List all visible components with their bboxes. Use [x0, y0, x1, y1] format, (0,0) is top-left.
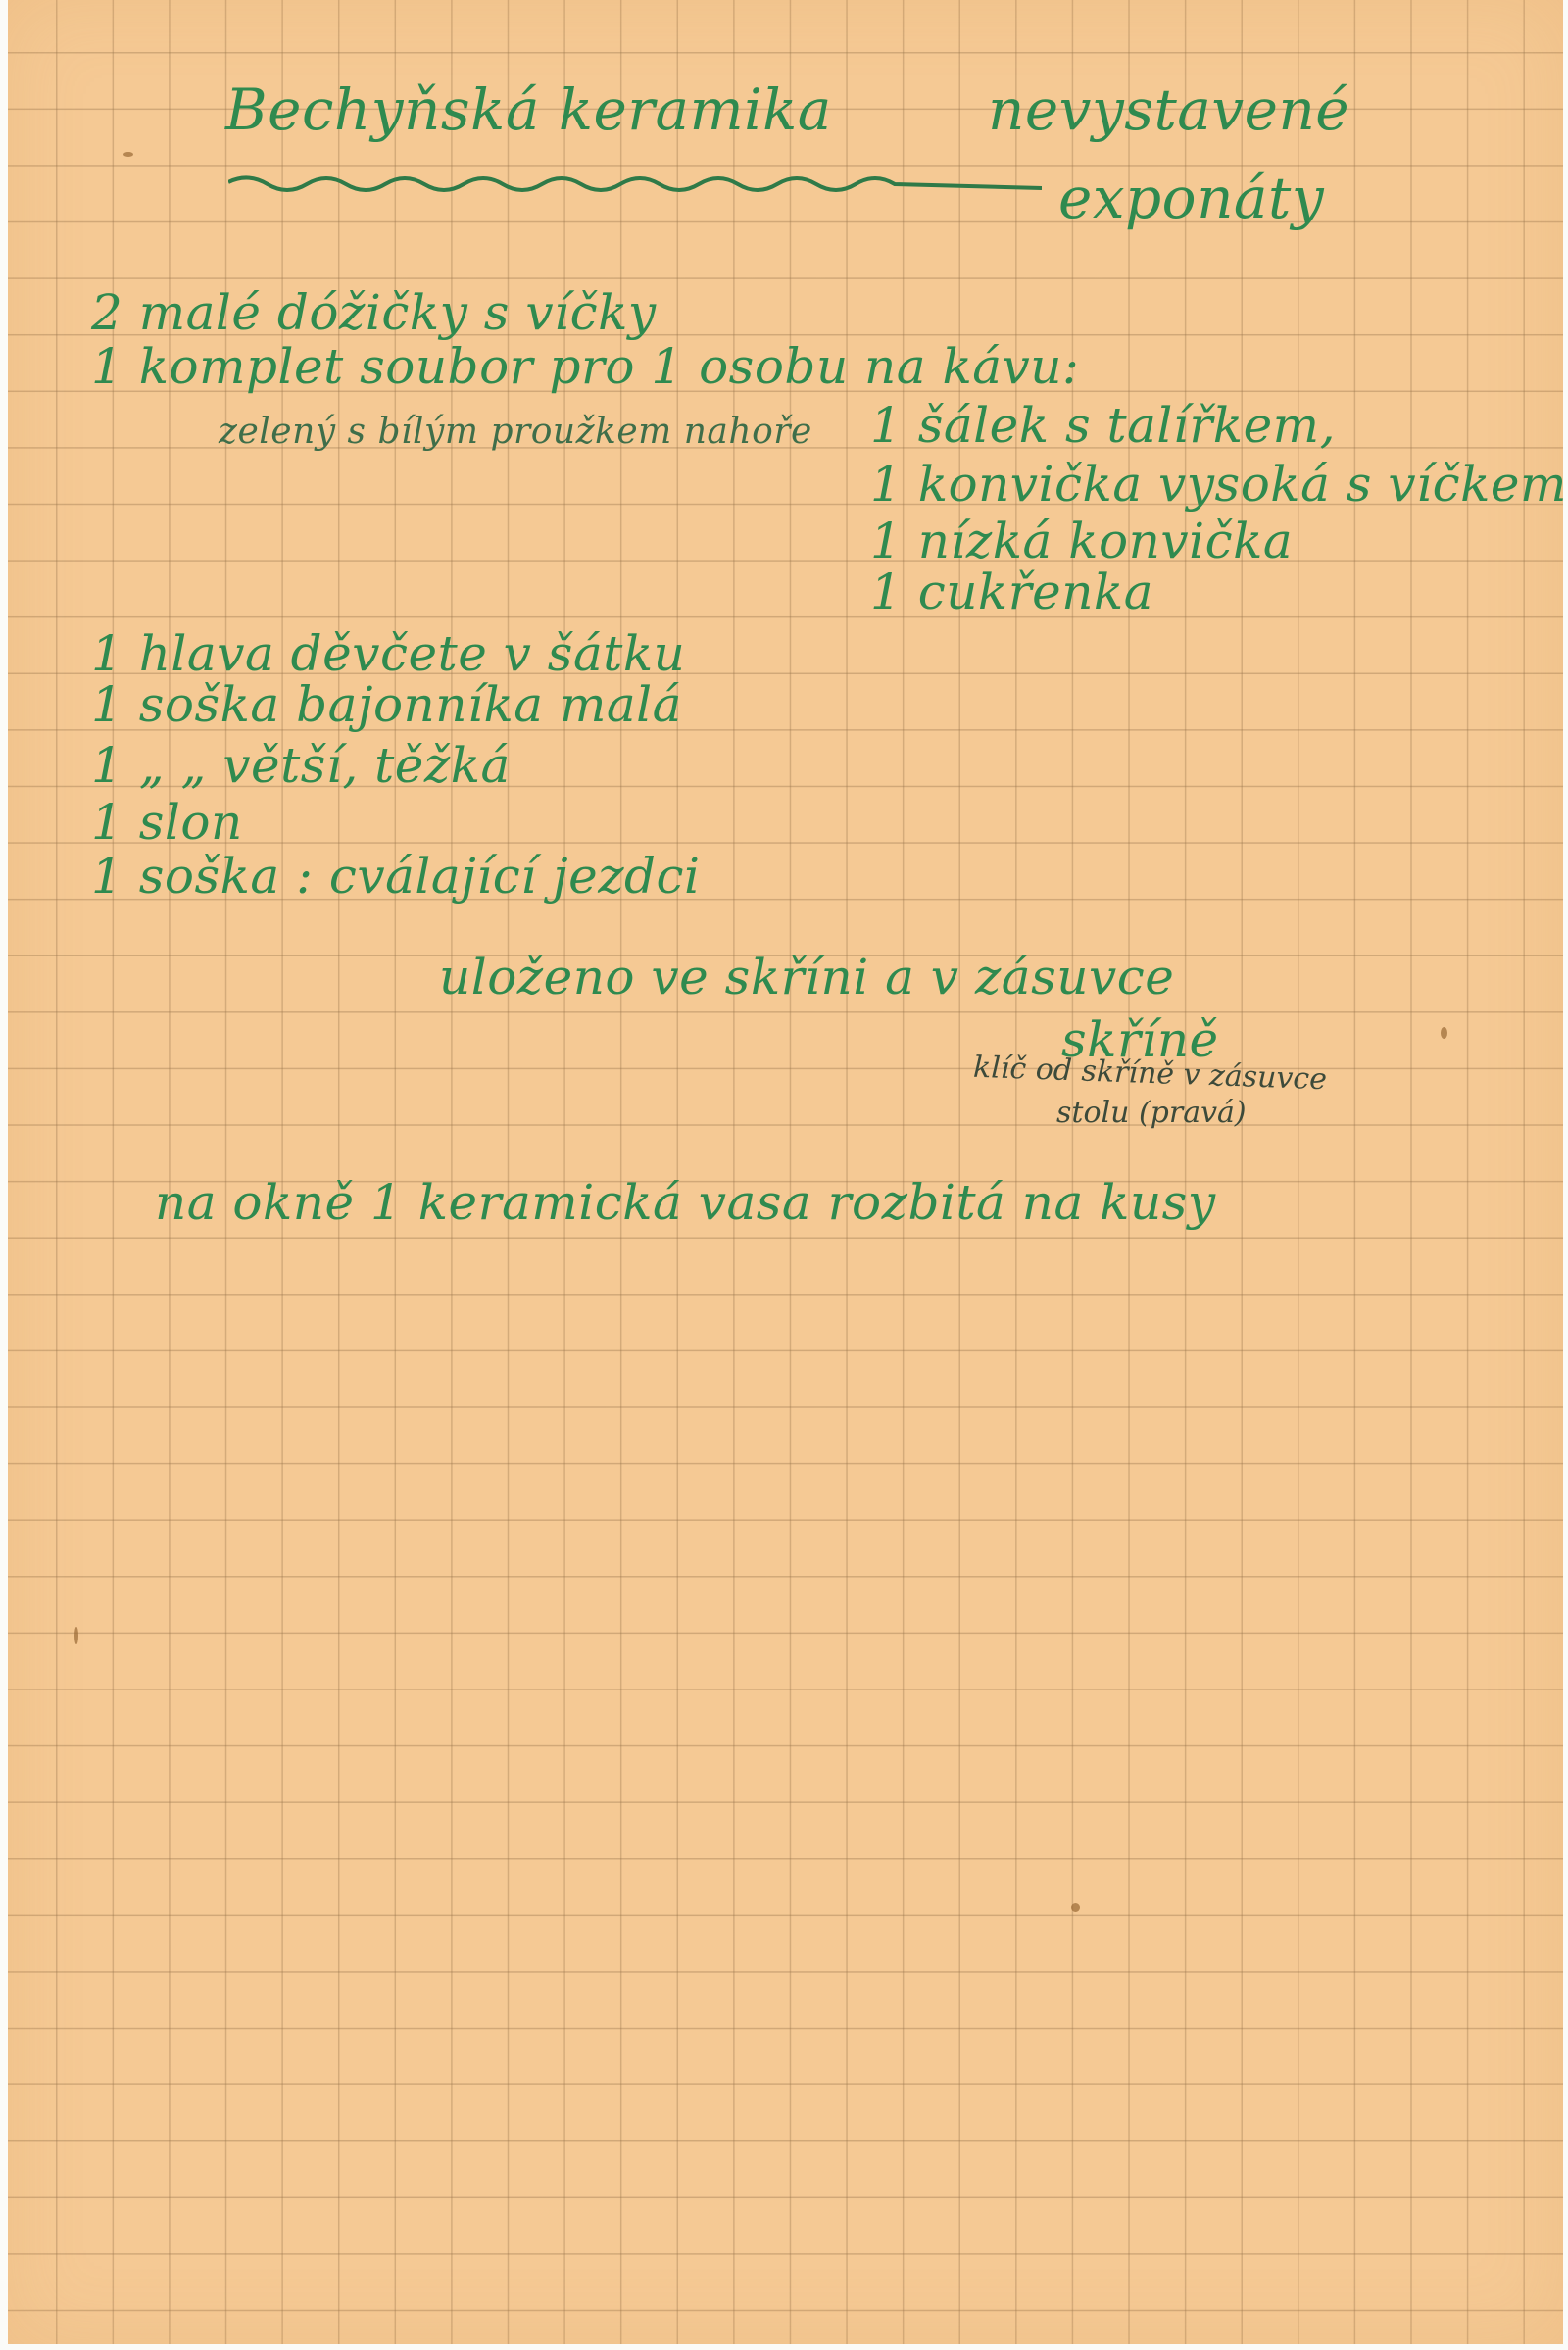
item-jezdci: 1 soška : cválající jezdci — [91, 848, 701, 905]
set-item-konvicka-vysoka: 1 konvička vysoká s víčkem — [870, 456, 1567, 513]
title-exponaty: exponáty — [1058, 165, 1324, 231]
item-hlava: 1 hlava děvčete v šátku — [91, 625, 685, 682]
title-left: Bechyňská keramika — [225, 76, 832, 143]
paper-speck — [1441, 1027, 1447, 1039]
wavy-underline — [228, 174, 1042, 194]
storage-line1: uloženo ve skříni a v zásuvce — [439, 949, 1174, 1005]
set-item-salek: 1 šálek s talířkem, — [870, 397, 1336, 454]
set-item-konvicka-nizka: 1 nízká konvička — [870, 513, 1293, 569]
paper-speck — [1071, 1903, 1080, 1912]
grid-paper-sheet: Bechyňská keramika nevystavené exponáty … — [8, 0, 1563, 2344]
item-soska-mala: 1 soška bajonníka malá — [91, 676, 682, 733]
item-komplet: 1 komplet soubor pro 1 osobu na kávu: — [91, 338, 1079, 395]
paper-speck — [123, 152, 133, 157]
set-item-cukrenka: 1 cukřenka — [870, 563, 1153, 620]
footer-note: na okně 1 keramická vasa rozbitá na kusy — [155, 1174, 1216, 1231]
item-komplet-desc: zelený s bílým proužkem nahoře — [219, 412, 812, 452]
key-annotation-line1: klíč od skříně v zásuvce — [972, 1051, 1327, 1098]
item-slon: 1 slon — [91, 794, 243, 851]
item-doze: 2 malé dóžičky s víčky — [91, 284, 657, 341]
title-right: nevystavené — [988, 76, 1349, 143]
paper-speck — [74, 1627, 78, 1644]
key-annotation-line2: stolu (pravá) — [1056, 1096, 1247, 1130]
item-soska-vetsi: 1 „ „ větší, těžká — [91, 737, 511, 794]
